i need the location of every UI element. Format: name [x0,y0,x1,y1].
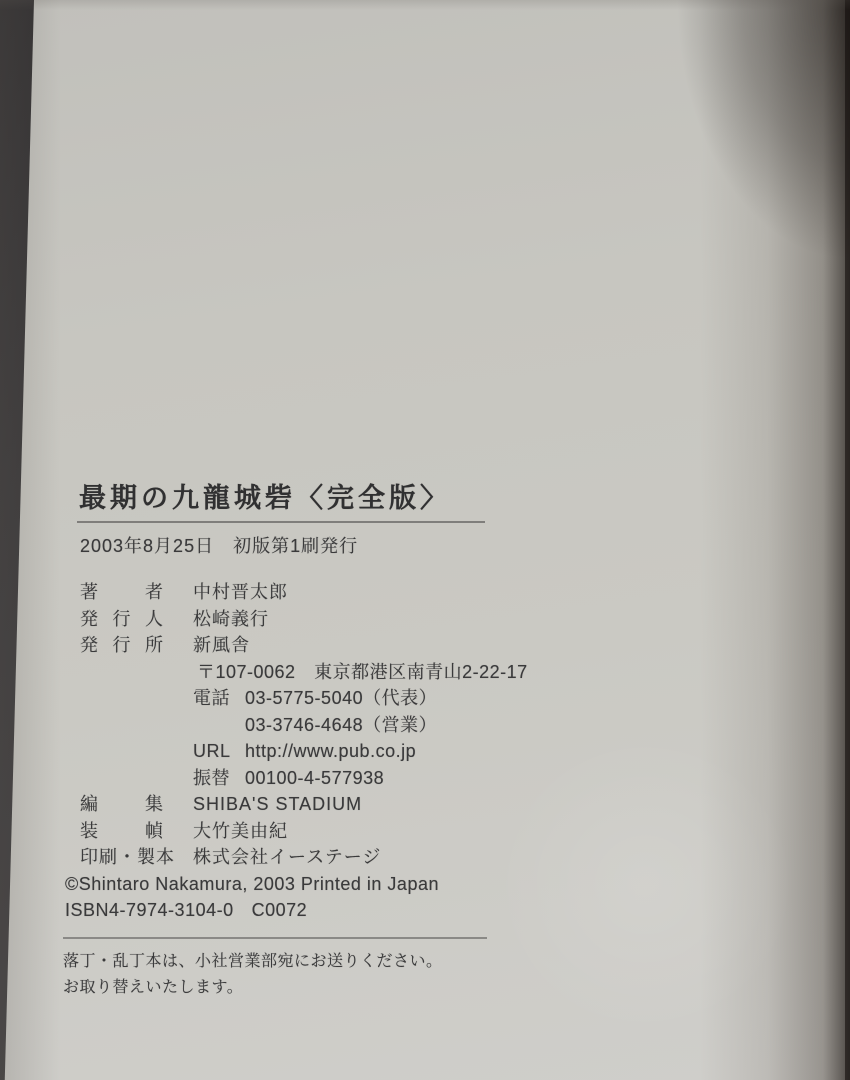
copyright-text: ©Shintaro Nakamura, 2003 Printed in Japa… [65,871,439,898]
c-code: C0072 [252,897,308,924]
publisher-label: 発行所 [80,632,164,659]
postal-transfer-number: 00100-4-577938 [245,765,384,792]
colophon-credits: 著者 中村晋太郎 発行人 松崎義行 発行所 新風舎 〒107-0062 東京都港… [65,579,585,924]
credit-row-editor: 編集 SHIBA'S STADIUM [65,791,585,818]
book-title: 最期の九龍城砦〈完全版〉 [79,476,451,515]
printer-name: 株式会社イーステージ [193,844,381,871]
designer-label: 装幀 [80,818,164,845]
publisher-person-name: 松崎義行 [193,606,269,633]
publisher-address-row: 〒107-0062 東京都港区南青山2-22-17 [65,659,585,686]
gutter-corner-shadow [590,0,850,420]
phone-sales-number: 03-3746-4648（営業） [245,712,437,739]
designer-name: 大竹美由紀 [193,818,288,845]
url-label: URL [193,738,239,765]
notice-line-2: お取り替えいたします。 [63,975,443,1001]
isbn-line: ISBN4-7974-3104-0 C0072 [65,897,585,924]
notice-divider [63,937,487,939]
phone-label: 電話 [193,685,239,712]
isbn-number: ISBN4-7974-3104-0 [65,897,234,924]
notice-line-1: 落丁・乱丁本は、小社営業部宛にお送りください。 [63,949,443,975]
credit-row-designer: 装幀 大竹美由紀 [65,818,585,845]
book-page-photo: 最期の九龍城砦〈完全版〉 2003年8月25日 初版第1刷発行 著者 中村晋太郎… [0,0,850,1080]
edition-date-line: 2003年8月25日 初版第1刷発行 [80,532,358,558]
editor-label: 編集 [80,791,164,818]
credit-row-printer: 印刷・製本 株式会社イーステージ [65,844,585,871]
publisher-name: 新風舎 [193,632,250,659]
title-underline [77,521,485,523]
author-name: 中村晋太郎 [193,579,288,606]
publisher-address: 〒107-0062 東京都港区南青山2-22-17 [197,659,528,686]
author-label: 著者 [80,579,164,606]
credit-row-author: 著者 中村晋太郎 [65,579,585,606]
publisher-person-label: 発行人 [80,606,164,633]
printer-label: 印刷・製本 [80,844,164,871]
page-right-edge [845,0,850,1080]
credit-row-publisher: 発行所 新風舎 [65,632,585,659]
editor-name: SHIBA'S STADIUM [193,791,362,818]
copyright-line: ©Shintaro Nakamura, 2003 Printed in Japa… [65,871,585,898]
phone-main-row: 電話 03-5775-5040（代表） [65,685,585,712]
postal-transfer-label: 振替 [193,765,239,792]
phone-main-number: 03-5775-5040（代表） [245,685,437,712]
page-top-edge-shadow [0,0,850,10]
defective-copy-notice: 落丁・乱丁本は、小社営業部宛にお送りください。 お取り替えいたします。 [63,949,443,1001]
url-row: URL http://www.pub.co.jp [65,738,585,765]
url-value: http://www.pub.co.jp [245,738,416,765]
background-surface [0,0,34,1080]
binding-gutter-shadow [700,0,850,1080]
phone-sales-row: 03-3746-4648（営業） [65,712,585,739]
postal-transfer-row: 振替 00100-4-577938 [65,765,585,792]
credit-row-publisher-person: 発行人 松崎義行 [65,606,585,633]
